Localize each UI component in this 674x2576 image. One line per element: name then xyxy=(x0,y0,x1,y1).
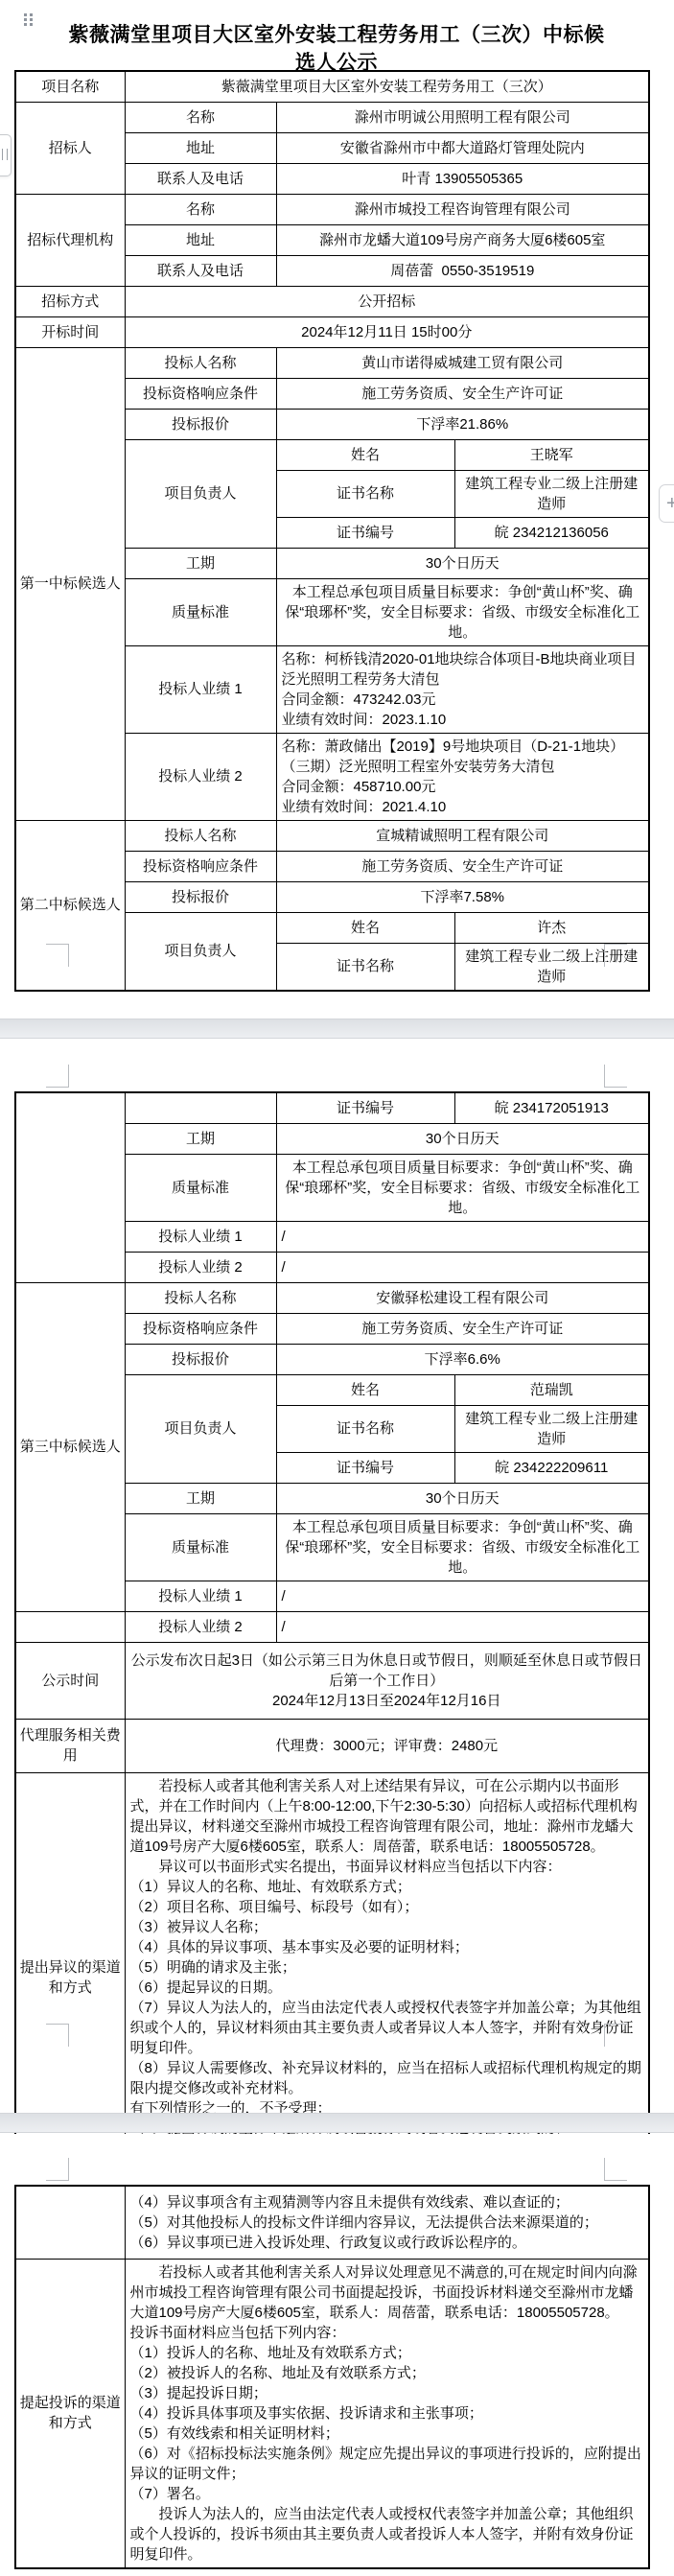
cell-value: 许杰 xyxy=(454,912,649,943)
row-label: 证书编号 xyxy=(276,517,454,548)
side-panel-button[interactable] xyxy=(0,134,12,176)
row-label: 投标报价 xyxy=(125,881,276,912)
cell-value: 本工程总承包项目质量目标要求：争创“黄山杯”奖、确保“琅琊杯”奖，安全目标要求：… xyxy=(276,1154,649,1221)
cell-value: 宣城精诚照明工程有限公司 xyxy=(276,820,649,851)
row-label: 开标时间 xyxy=(15,316,125,347)
cell-value: / xyxy=(276,1581,649,1611)
row-label: 姓名 xyxy=(276,439,454,470)
row-label: 质量标准 xyxy=(125,1154,276,1221)
row-label: 代理服务相关费用 xyxy=(15,1719,125,1772)
page-margin-mark xyxy=(46,1065,69,1088)
row-label: 第二中标候选人 xyxy=(15,820,125,991)
row-label: 姓名 xyxy=(276,1374,454,1405)
cell-value: 黄山市诺得威城建工贸有限公司 xyxy=(276,347,649,378)
cell-value: 建筑工程专业二级上注册建造师 xyxy=(454,1405,649,1452)
cell-value: 施工劳务资质、安全生产许可证 xyxy=(276,378,649,409)
row-label: 投标人业绩 1 xyxy=(125,1581,276,1611)
cell-value: 公开招标 xyxy=(125,286,649,316)
cell-value: 2024年12月11日 15时00分 xyxy=(125,316,649,347)
cell-value: 周蓓蕾 0550-3519519 xyxy=(276,255,649,286)
row-label: 投标人业绩 1 xyxy=(125,1221,276,1252)
cell-value: 安徽驿松建设工程有限公司 xyxy=(276,1282,649,1313)
row-label: 投标资格响应条件 xyxy=(125,378,276,409)
row-label: 项目负责人 xyxy=(125,1374,276,1483)
row-label: 联系人及电话 xyxy=(125,255,276,286)
row-label: 项目负责人 xyxy=(125,912,276,991)
row-label: 投标报价 xyxy=(125,409,276,439)
cell-value: 本工程总承包项目质量目标要求：争创“黄山杯”奖、确保“琅琊杯”奖，安全目标要求：… xyxy=(276,578,649,645)
cell-value: 皖 234222209611 xyxy=(454,1452,649,1483)
row-label: 第三中标候选人 xyxy=(15,1282,125,1611)
cell-value: 范瑞凯 xyxy=(454,1374,649,1405)
row-label: 名称 xyxy=(125,194,276,224)
row-label xyxy=(15,1611,125,1642)
row-label: 投标人名称 xyxy=(125,1282,276,1313)
row-label: 地址 xyxy=(125,132,276,163)
cell-value: 公示发布次日起3日（如公示第三日为休息日或节假日，则顺延至休息日或节假日后第一个… xyxy=(125,1642,649,1719)
cell-value: 叶青 13905505365 xyxy=(276,163,649,194)
row-label: 证书名称 xyxy=(276,1405,454,1452)
row-label: 工期 xyxy=(125,548,276,578)
cell-value: 紫薇满堂里项目大区室外安装工程劳务用工（三次） xyxy=(125,71,649,102)
page-margin-mark xyxy=(46,2158,69,2181)
page-title: 紫薇满堂里项目大区室外安装工程劳务用工（三次）中标候选人公示 xyxy=(68,21,605,77)
cell-value: 代理费：3000元；评审费：2480元 xyxy=(125,1719,649,1772)
row-label: 名称 xyxy=(125,102,276,132)
row-label: 投标人业绩 2 xyxy=(125,733,276,820)
bid-announcement-table-page-2: 证书编号皖 234172051913工期30个日历天质量标准本工程总承包项目质量… xyxy=(14,1091,650,2184)
row-label: 投标人名称 xyxy=(125,820,276,851)
row-label: 提起投诉的渠道和方式 xyxy=(15,2259,125,2568)
row-label: 招标人 xyxy=(15,102,125,194)
cell-value: 30个日历天 xyxy=(276,1123,649,1154)
cell-value: / xyxy=(276,1252,649,1282)
row-label: 证书编号 xyxy=(276,1452,454,1483)
cell-value: 建筑工程专业二级上注册建造师 xyxy=(454,470,649,517)
document-page-1: 紫薇满堂里项目大区室外安装工程劳务用工（三次）中标候选人公示 项目名称紫薇满堂里… xyxy=(0,0,674,1019)
cell-value: 施工劳务资质、安全生产许可证 xyxy=(276,851,649,881)
row-label: 投标人业绩 2 xyxy=(125,1252,276,1282)
row-label: 投标报价 xyxy=(125,1344,276,1374)
bid-announcement-table-page-3: （4）异议事项含有主观猜测等内容且未提供有效线索、难以查证的； （5）对其他投标… xyxy=(14,2185,650,2569)
row-label: 投标资格响应条件 xyxy=(125,851,276,881)
page-margin-mark xyxy=(604,944,627,967)
document-page-2: 证书编号皖 234172051913工期30个日历天质量标准本工程总承包项目质量… xyxy=(0,1039,674,2113)
cell-value: 名称：萧政储出【2019】9号地块项目（D-21-1地块）（三期）泛光照明工程室… xyxy=(276,733,649,820)
page-margin-mark xyxy=(604,2024,627,2047)
drag-handle-icon[interactable] xyxy=(24,13,35,29)
cell-value: 名称：柯桥钱清2020-01地块综合体项目-B地块商业项目泛光照明工程劳务大清包… xyxy=(276,645,649,733)
row-label: 证书编号 xyxy=(276,1092,454,1123)
cell-value: / xyxy=(276,1221,649,1252)
cell-value: 施工劳务资质、安全生产许可证 xyxy=(276,1313,649,1344)
row-label: 公示时间 xyxy=(15,1642,125,1719)
cell-value: 本工程总承包项目质量目标要求：争创“黄山杯”奖、确保“琅琊杯”奖，安全目标要求：… xyxy=(276,1513,649,1581)
row-label: 地址 xyxy=(125,224,276,255)
cell-value: 王晓军 xyxy=(454,439,649,470)
row-label: 投标人名称 xyxy=(125,347,276,378)
row-label: 投标资格响应条件 xyxy=(125,1313,276,1344)
cell-value: 滁州市城投工程咨询管理有限公司 xyxy=(276,194,649,224)
cell-value: 若投标人或者其他利害关系人对异议处理意见不满意的,可在规定时间内向滁州市城投工程… xyxy=(125,2259,649,2568)
cell-value: 30个日历天 xyxy=(276,548,649,578)
cell-value: 30个日历天 xyxy=(276,1483,649,1513)
cell-value: 下浮率7.58% xyxy=(276,881,649,912)
cell-value: 皖 234172051913 xyxy=(454,1092,649,1123)
cell-value: （4）异议事项含有主观猜测等内容且未提供有效线索、难以查证的； （5）对其他投标… xyxy=(125,2186,649,2259)
row-label: 项目负责人 xyxy=(125,439,276,548)
row-label: 姓名 xyxy=(276,912,454,943)
cell-value: 滁州市龙蟠大道109号房产商务大厦6楼605室 xyxy=(276,224,649,255)
row-label xyxy=(15,1092,125,1282)
row-label: 投标人业绩 2 xyxy=(125,1611,276,1642)
row-label xyxy=(15,2186,125,2259)
row-label: 质量标准 xyxy=(125,1513,276,1581)
row-label: 第一中标候选人 xyxy=(15,347,125,820)
page-margin-mark xyxy=(46,944,69,967)
page-separator xyxy=(0,2113,674,2133)
row-label: 工期 xyxy=(125,1123,276,1154)
cell-value: 皖 234212136056 xyxy=(454,517,649,548)
document-page-3: （4）异议事项含有主观猜测等内容且未提供有效线索、难以查证的； （5）对其他投标… xyxy=(0,2134,674,2576)
cell-value: 下浮率6.6% xyxy=(276,1344,649,1374)
page-margin-mark xyxy=(604,2158,627,2181)
row-label: 项目名称 xyxy=(15,71,125,102)
cell-value: 滁州市明诚公用照明工程有限公司 xyxy=(276,102,649,132)
page-margin-mark xyxy=(46,2024,69,2047)
row-label: 工期 xyxy=(125,1483,276,1513)
row-label: 证书名称 xyxy=(276,943,454,991)
floating-add-button[interactable]: + xyxy=(659,484,674,523)
row-label: 证书名称 xyxy=(276,470,454,517)
row-label: 联系人及电话 xyxy=(125,163,276,194)
row-label: 质量标准 xyxy=(125,578,276,645)
row-label: 招标方式 xyxy=(15,286,125,316)
row-label: 招标代理机构 xyxy=(15,194,125,286)
cell-value: 下浮率21.86% xyxy=(276,409,649,439)
cell-value: 安徽省滁州市中都大道路灯管理处院内 xyxy=(276,132,649,163)
bid-announcement-table-page-1: 项目名称紫薇满堂里项目大区室外安装工程劳务用工（三次）招标人名称滁州市明诚公用照… xyxy=(14,70,650,992)
row-label xyxy=(125,1092,276,1123)
page-separator xyxy=(0,1019,674,1039)
row-label: 投标人业绩 1 xyxy=(125,645,276,733)
cell-value: / xyxy=(276,1611,649,1642)
page-margin-mark xyxy=(604,1065,627,1088)
